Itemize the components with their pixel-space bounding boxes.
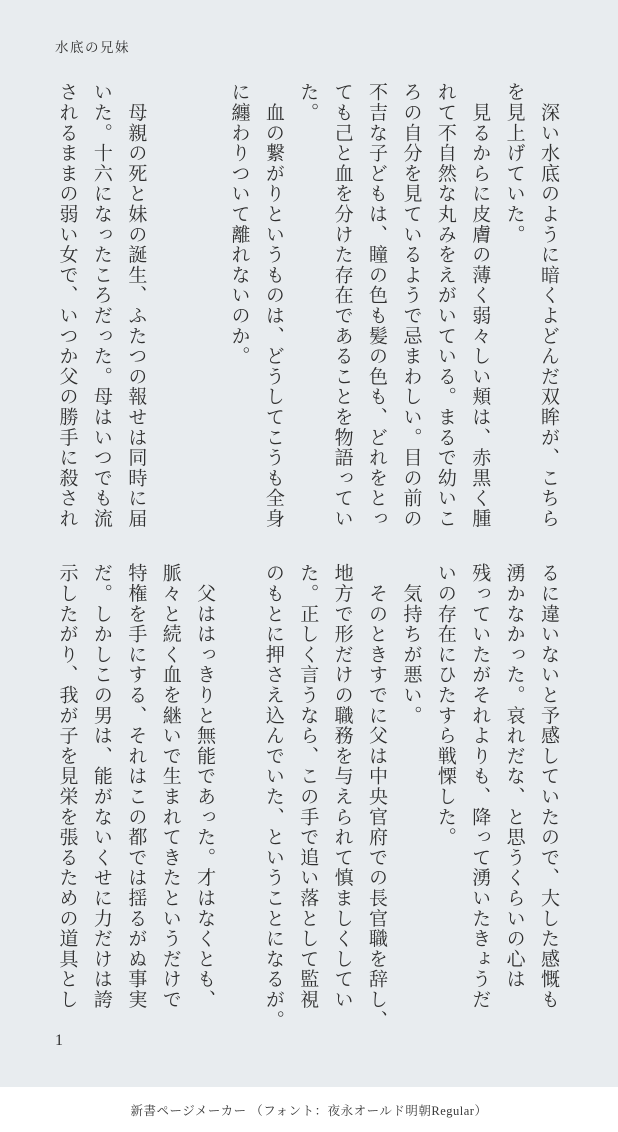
footer-caption: 新書ページメーカー （フォント：夜永オールド明朝Regular） bbox=[131, 1101, 488, 1119]
text-line: 深い水底のように暗くよどんだ双眸が、こちら bbox=[531, 82, 565, 529]
text-block-top: 深い水底のように暗くよどんだ双眸が、こちらを見上げていた。 見るからに皮膚の薄く… bbox=[49, 82, 565, 529]
text-line: ろの自分を見ているようで忌まわしい。目の前の bbox=[393, 82, 427, 529]
text-line bbox=[221, 563, 255, 1010]
text-line: ても己と血を分けた存在であることを物語ってい bbox=[324, 82, 358, 529]
text-line: 特権を手にする、それはこの都では揺るがぬ事実 bbox=[118, 563, 152, 1010]
text-line bbox=[152, 82, 186, 529]
text-line: 湧かなかった。哀れだな、と思うくらいの心は bbox=[496, 563, 530, 1010]
text-line: た。正しく言うなら、この手で追い落として監視 bbox=[290, 563, 324, 1010]
text-line: るに違いないと予感していたので、大した感慨も bbox=[531, 563, 565, 1010]
text-line: されるままの弱い女で、いつか父の勝手に殺され bbox=[49, 82, 83, 529]
footer-bar: 新書ページメーカー （フォント：夜永オールド明朝Regular） bbox=[0, 1087, 618, 1132]
text-line: いの存在にひたすら戦慄した。 bbox=[427, 563, 461, 1010]
text-line: に纏わりついて離れないのか。 bbox=[221, 82, 255, 529]
text-line: 見るからに皮膚の薄く弱々しい頬は、赤黒く腫 bbox=[462, 82, 496, 529]
text-line: 地方で形だけの職務を与えられて慎ましくしてい bbox=[324, 563, 358, 1010]
text-line: を見上げていた。 bbox=[496, 82, 530, 529]
text-line: いた。十六になったころだった。母はいつでも流 bbox=[84, 82, 118, 529]
text-line: 父ははっきりと無能であった。才はなくとも、 bbox=[187, 563, 221, 1010]
text-line: のもとに押さえ込んでいた、ということになるが。 bbox=[255, 563, 289, 1010]
book-page: 水底の兄妹 深い水底のように暗くよどんだ双眸が、こちらを見上げていた。 見るから… bbox=[0, 0, 618, 1087]
text-block-bottom: るに違いないと予感していたので、大した感慨も湧かなかった。哀れだな、と思うくらい… bbox=[49, 563, 565, 1010]
text-line: た。 bbox=[290, 82, 324, 529]
text-line: 母親の死と妹の誕生、ふたつの報せは同時に届 bbox=[118, 82, 152, 529]
text-line: 気持ちが悪い。 bbox=[393, 563, 427, 1010]
text-line bbox=[187, 82, 221, 529]
page-number: 1 bbox=[55, 1032, 63, 1050]
text-line: 脈々と続く血を継いで生まれてきたというだけで bbox=[152, 563, 186, 1010]
text-line: れて不自然な丸みをえがいている。まるで幼いこ bbox=[427, 82, 461, 529]
page-title: 水底の兄妹 bbox=[55, 36, 130, 56]
text-line: 不吉な子どもは、瞳の色も髪の色も、どれをとっ bbox=[359, 82, 393, 529]
text-line: だ。しかしこの男は、能がないくせに力だけは誇 bbox=[84, 563, 118, 1010]
text-line: 血の繋がりというものは、どうしてこうも全身 bbox=[255, 82, 289, 529]
text-line: そのときすでに父は中央官府での長官職を辞し、 bbox=[359, 563, 393, 1010]
text-line: 残っていたがそれよりも、降って湧いたきょうだ bbox=[462, 563, 496, 1010]
text-line: 示したがり、我が子を見栄を張るための道具とし bbox=[49, 563, 83, 1010]
